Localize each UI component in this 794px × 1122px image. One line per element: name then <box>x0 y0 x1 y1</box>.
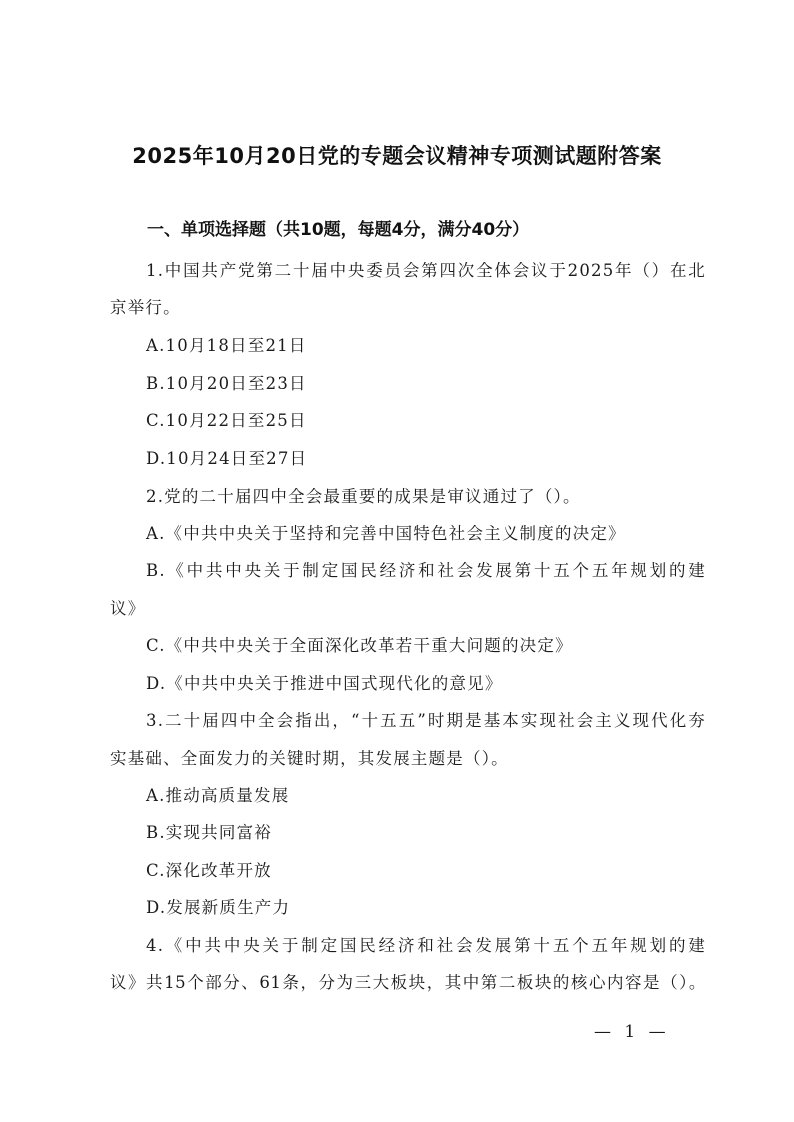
question-3-option-c: C.深化改革开放 <box>146 857 272 881</box>
page-number: — 1 — <box>594 1022 670 1042</box>
question-2-option-d: D.《中共中央关于推进中国式现代化的意见》 <box>146 670 503 694</box>
question-2-stem: 2.党的二十届四中全会最重要的成果是审议通过了（）。 <box>146 483 581 507</box>
question-1-option-d: D.10月24日至27日 <box>146 445 307 469</box>
question-3-stem-cont: 实基础、全面发力的关键时期，其发展主题是（）。 <box>110 745 509 769</box>
question-3-stem: 3.二十届四中全会指出，“十五五”时期是基本实现社会主义现代化夯 <box>146 707 706 731</box>
question-2-option-c: C.《中共中央关于全面深化改革若干重大问题的决定》 <box>146 632 573 656</box>
question-3-option-a: A.推动高质量发展 <box>146 782 289 806</box>
question-3-option-b: B.实现共同富裕 <box>146 819 272 843</box>
question-2-option-b-cont: 议》 <box>110 595 145 619</box>
question-1-option-c: C.10月22日至25日 <box>146 407 307 431</box>
question-4-stem: 4.《中共中央关于制定国民经济和社会发展第十五个五年规划的建 <box>146 932 706 956</box>
section-heading: 一、单项选择题（共10题，每题4分，满分40分） <box>147 215 529 240</box>
question-2-option-a: A.《中共中央关于坚持和完善中国特色社会主义制度的决定》 <box>146 520 626 544</box>
question-2-option-b: B.《中共中央关于制定国民经济和社会发展第十五个五年规划的建 <box>146 557 706 581</box>
document-title: 2025年10月20日党的专题会议精神专项测试题附答案 <box>0 140 794 170</box>
question-1-stem: 1.中国共产党第二十届中央委员会第四次全体会议于2025年（）在北 <box>146 257 706 281</box>
question-1-option-b: B.10月20日至23日 <box>146 370 307 394</box>
question-3-option-d: D.发展新质生产力 <box>146 894 290 918</box>
question-4-stem-cont: 议》共15个部分、61条，分为三大板块，其中第二板块的核心内容是（）。 <box>110 969 706 993</box>
question-1-stem-cont: 京举行。 <box>110 294 181 318</box>
question-1-option-a: A.10月18日至21日 <box>146 332 307 356</box>
